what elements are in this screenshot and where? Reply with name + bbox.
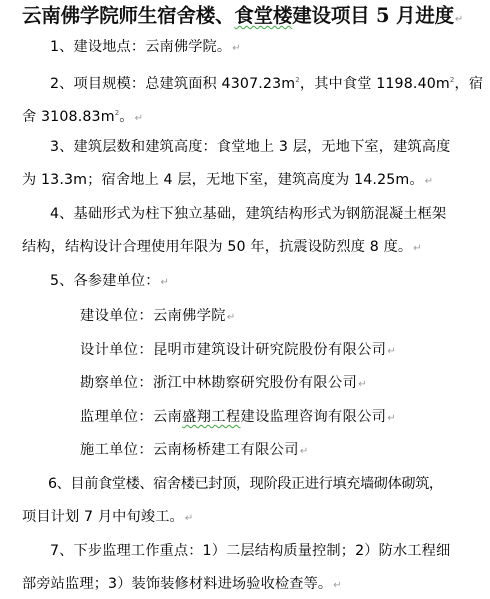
paragraph-text: 3、建筑层数和建筑高度：食堂地上 3 层，无地下室，建筑高度	[50, 139, 450, 155]
paragraph-item-2-line-2: 舍 3108.83m2。↵	[22, 103, 143, 129]
unit-row-supervisor: 监理单位：云南盛翔工程建设监理咨询有限公司↵	[80, 407, 396, 429]
paragraph-text: 项目计划 7 月中旬竣工。	[22, 509, 184, 525]
title-text: 云南佛学院师生宿舍楼、	[22, 4, 234, 27]
paragraph-item-6-line-1: 6、目前食堂楼、宿舍楼已封顶，现阶段正进行填充墙砌体砌筑，	[48, 474, 443, 494]
paragraph-text: ，其中食堂 1198.40m	[300, 76, 450, 92]
paragraph-text: 为 13.3m；宿舍地上 4 层，无地下室，建筑高度为 14.25m。	[22, 172, 424, 188]
unit-label: 建设单位：	[80, 308, 153, 324]
paragraph-mark-icon: ↵	[413, 243, 422, 254]
title-text: 建设项目 5 月进度	[292, 4, 454, 27]
paragraph-text: 4、基础形式为柱下独立基础，建筑结构形式为钢筋混凝土框架	[50, 206, 446, 222]
unit-value: 浙江中林勘察研究股份有限公司	[153, 375, 357, 391]
paragraph-mark-icon: ↵	[387, 413, 396, 424]
paragraph-text: 部旁站监理；3）装饰装修材料进场验收检查等。	[22, 576, 332, 592]
paragraph-item-1: 1、建设地点：云南佛学院。↵	[50, 37, 241, 59]
unit-row-surveyor: 勘察单位：浙江中林勘察研究股份有限公司↵	[80, 373, 367, 395]
unit-row-contractor: 施工单位：云南杨桥建工有限公司↵	[80, 440, 309, 462]
unit-value: 云南	[153, 409, 182, 425]
paragraph-text: 6、目前食堂楼、宿舍楼已封顶，现阶段正进行填充墙砌体砌筑，	[48, 476, 443, 492]
unit-row-owner: 建设单位：云南佛学院↵	[80, 306, 236, 328]
paragraph-mark-icon: ↵	[333, 580, 342, 591]
paragraph-mark-icon: ↵	[358, 379, 367, 390]
unit-value: 云南佛学院	[153, 308, 226, 324]
document-title: 云南佛学院师生宿舍楼、食堂楼建设项目 5 月进度↵	[22, 2, 482, 34]
paragraph-text: 2、项目规模：总建筑面积 4307.23m	[50, 76, 295, 92]
paragraph-mark-icon: ↵	[185, 513, 194, 524]
paragraph-item-3-line-1: 3、建筑层数和建筑高度：食堂地上 3 层，无地下室，建筑高度	[50, 137, 450, 157]
paragraph-mark-icon: ↵	[227, 312, 236, 323]
paragraph-mark-icon: ↵	[232, 43, 241, 54]
paragraph-item-5: 5、各参建单位：↵	[50, 271, 169, 293]
unit-label: 设计单位：	[80, 342, 153, 358]
paragraph-mark-icon: ↵	[387, 346, 396, 357]
paragraph-item-4-line-1: 4、基础形式为柱下独立基础，建筑结构形式为钢筋混凝土框架	[50, 204, 446, 224]
document-page: 云南佛学院师生宿舍楼、食堂楼建设项目 5 月进度↵ 1、建设地点：云南佛学院。↵…	[0, 0, 490, 599]
paragraph-item-2-line-1: 2、项目规模：总建筑面积 4307.23m2，其中食堂 1198.40m2，宿	[50, 70, 483, 94]
unit-value: 昆明市建筑设计研究院股份有限公司	[153, 342, 386, 358]
paragraph-item-6-line-2: 项目计划 7 月中旬竣工。↵	[22, 507, 193, 529]
paragraph-item-7-line-1: 7、下步监理工作重点：1）二层结构质量控制；2）防水工程细	[50, 541, 450, 561]
paragraph-text: 1、建设地点：云南佛学院。	[50, 39, 231, 55]
paragraph-item-4-line-2: 结构，结构设计合理使用年限为 50 年，抗震设防烈度 8 度。↵	[22, 237, 422, 259]
paragraph-text: 7、下步监理工作重点：1）二层结构质量控制；2）防水工程细	[50, 543, 450, 559]
unit-value: 建设监理咨询有限公司	[241, 409, 387, 425]
paragraph-mark-icon: ↵	[455, 14, 463, 25]
spellcheck-underlined-text: 盛翔工程	[182, 409, 240, 425]
unit-label: 监理单位：	[80, 409, 153, 425]
paragraph-mark-icon: ↵	[135, 113, 144, 124]
unit-label: 勘察单位：	[80, 375, 153, 391]
unit-label: 施工单位：	[80, 442, 153, 458]
unit-value: 云南杨桥建工有限公司	[153, 442, 299, 458]
paragraph-mark-icon: ↵	[161, 277, 170, 288]
paragraph-mark-icon: ↵	[425, 176, 434, 187]
paragraph-text: 舍 3108.83m	[22, 109, 115, 125]
paragraph-text: 5、各参建单位：	[50, 273, 160, 289]
paragraph-item-3-line-2: 为 13.3m；宿舍地上 4 层，无地下室，建筑高度为 14.25m。↵	[22, 170, 433, 192]
unit-row-designer: 设计单位：昆明市建筑设计研究院股份有限公司↵	[80, 340, 396, 362]
paragraph-mark-icon: ↵	[300, 446, 309, 457]
paragraph-text: 结构，结构设计合理使用年限为 50 年，抗震设防烈度 8 度。	[22, 239, 412, 255]
paragraph-item-7-line-2: 部旁站监理；3）装饰装修材料进场验收检查等。↵	[22, 574, 342, 596]
paragraph-text: ，宿	[455, 76, 484, 92]
spellcheck-underlined-text: 食堂楼	[234, 4, 292, 27]
paragraph-text: 。	[119, 109, 133, 125]
